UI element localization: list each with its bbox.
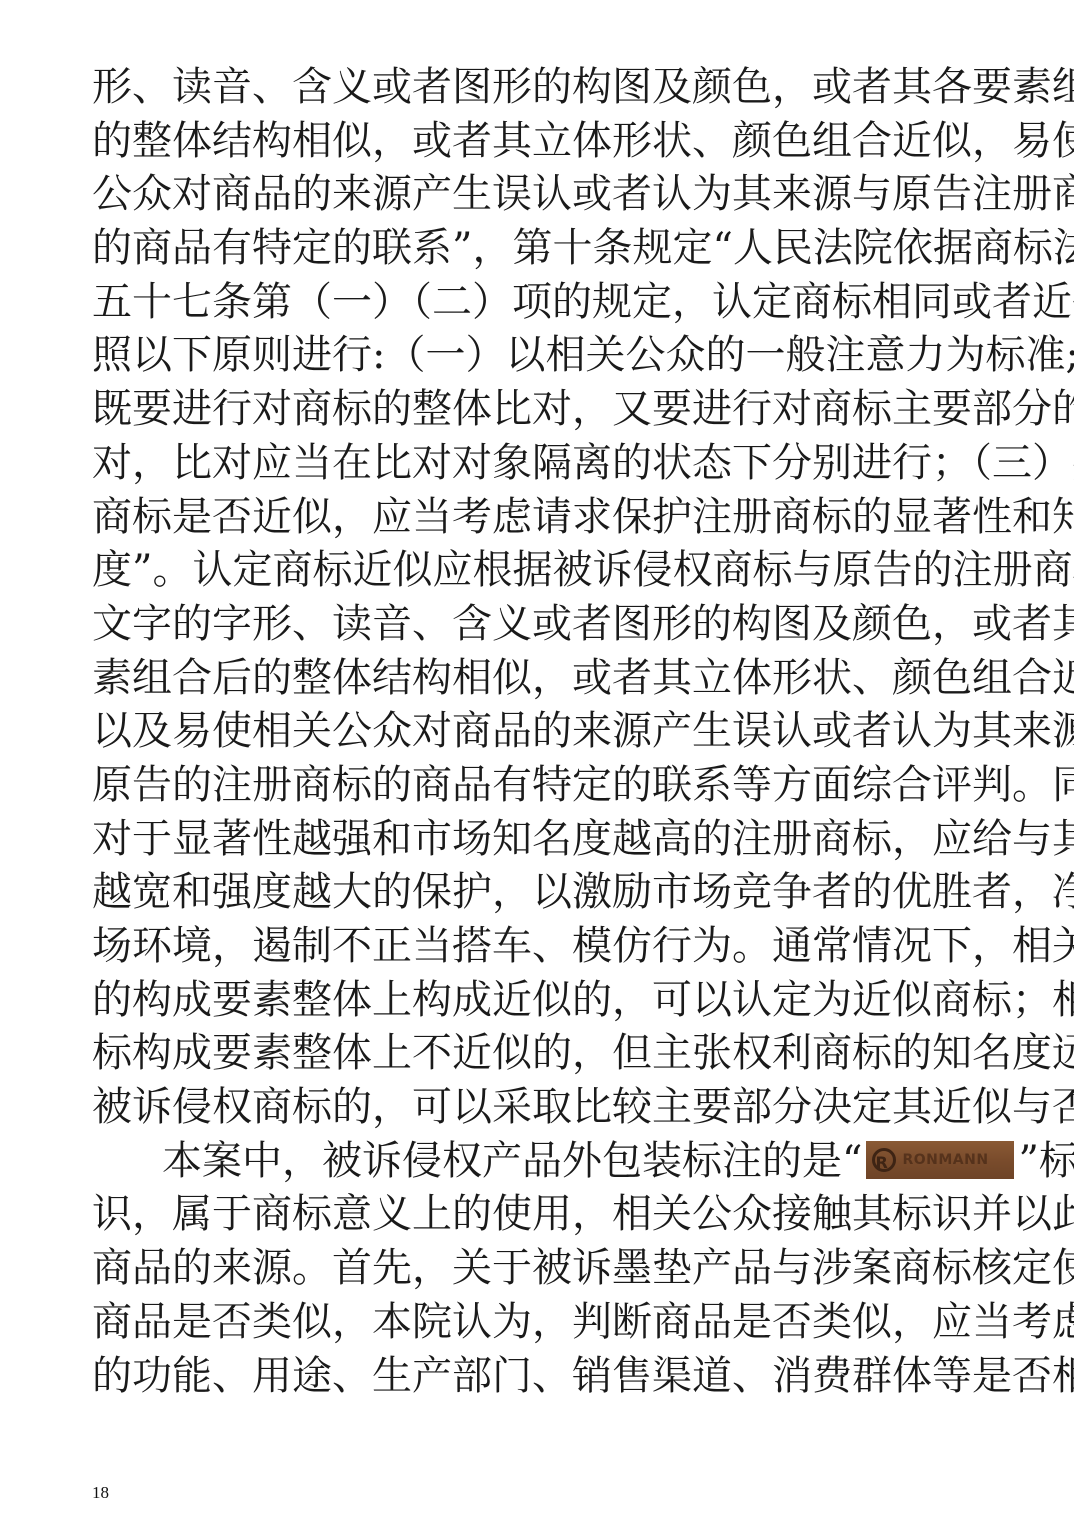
paragraph-first-line: 本案中，被诉侵权产品外包装标注的是“RRONMANN”标: [92, 1135, 976, 1189]
text-line: 度”。认定商标近似应根据被诉侵权商标与原告的注册商标在: [92, 544, 976, 598]
text-line: 对，比对应当在比对对象隔离的状态下分别进行；（三）判断: [92, 437, 976, 491]
text-line: 既要进行对商标的整体比对，又要进行对商标主要部分的比: [92, 383, 976, 437]
text-line: 素组合后的整体结构相似，或者其立体形状、颜色组合近似，: [92, 652, 976, 706]
text-line: 场环境，遏制不正当搭车、模仿行为。通常情况下，相关商标: [92, 920, 976, 974]
text-line: 的构成要素整体上构成近似的，可以认定为近似商标；相关商: [92, 974, 976, 1028]
body-text: 形、读音、含义或者图形的构图及颜色，或者其各要素组合后 的整体结构相似，或者其立…: [92, 61, 976, 1403]
logo-r-mark-icon: R: [872, 1148, 896, 1172]
logo-wordmark: RONMANN: [902, 1152, 988, 1168]
text-line: 的功能、用途、生产部门、销售渠道、消费群体等是否相同或: [92, 1350, 976, 1404]
page-number: 18: [92, 1483, 109, 1503]
text-line: 商标是否近似，应当考虑请求保护注册商标的显著性和知名: [92, 491, 976, 545]
document-page: 形、读音、含义或者图形的构图及颜色，或者其各要素组合后 的整体结构相似，或者其立…: [0, 0, 1074, 1519]
text-line: 公众对商品的来源产生误认或者认为其来源与原告注册商标: [92, 168, 976, 222]
text-line: 形、读音、含义或者图形的构图及颜色，或者其各要素组合后: [92, 61, 976, 115]
text-line: 商品的来源。首先，关于被诉墨垫产品与涉案商标核定使用的: [92, 1242, 976, 1296]
text-line: 商品是否类似，本院认为，判断商品是否类似，应当考虑商品: [92, 1296, 976, 1350]
ronmann-logo-image: RRONMANN: [866, 1141, 1014, 1179]
text-line: 标构成要素整体上不近似的，但主张权利商标的知名度远高于: [92, 1027, 976, 1081]
text-line: 文字的字形、读音、含义或者图形的构图及颜色，或者其各要: [92, 598, 976, 652]
text-line: 被诉侵权商标的，可以采取比较主要部分决定其近似与否。: [92, 1081, 976, 1135]
text-before-logo: 本案中，被诉侵权产品外包装标注的是“: [162, 1138, 862, 1184]
text-line: 以及易使相关公众对商品的来源产生误认或者认为其来源与: [92, 705, 976, 759]
text-line: 识，属于商标意义上的使用，相关公众接触其标识并以此识别: [92, 1188, 976, 1242]
text-line: 的商品有特定的联系”，第十条规定“人民法院依据商标法第: [92, 222, 976, 276]
text-line: 对于显著性越强和市场知名度越高的注册商标，应给与其范围: [92, 813, 976, 867]
text-line: 的整体结构相似，或者其立体形状、颜色组合近似，易使相关: [92, 115, 976, 169]
text-line: 越宽和强度越大的保护，以激励市场竞争者的优胜者，净化市: [92, 866, 976, 920]
text-line: 照以下原则进行:（一）以相关公众的一般注意力为标准;（二）: [92, 329, 976, 383]
text-line: 五十七条第（一）（二）项的规定，认定商标相同或者近似按: [92, 276, 976, 330]
text-line: 原告的注册商标的商品有特定的联系等方面综合评判。同时，: [92, 759, 976, 813]
text-after-logo: ”标: [1018, 1138, 1074, 1184]
